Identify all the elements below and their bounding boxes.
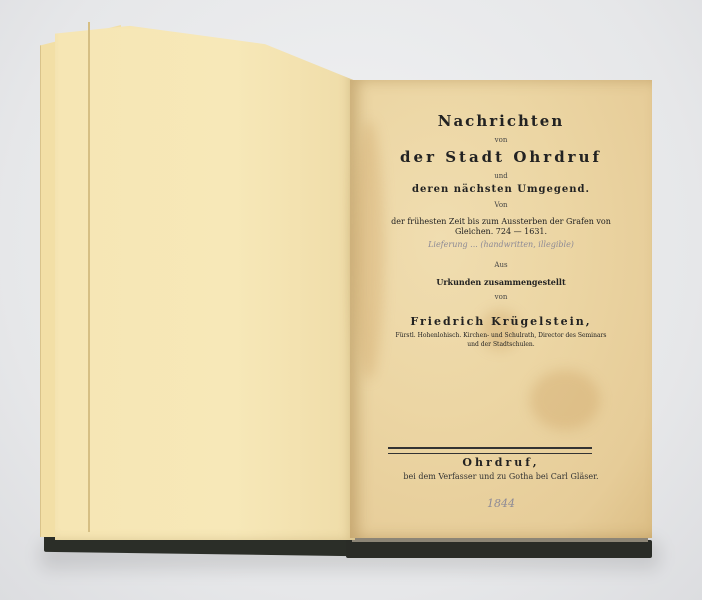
endpaper-fold <box>88 22 90 532</box>
handwritten-note: Lieferung ... (handwritten, illegible) <box>350 240 652 249</box>
book-title: Nachrichten <box>350 112 652 130</box>
author-description-2: und der Stadtschulen. <box>350 340 652 349</box>
author-name: Friedrich Krügelstein, <box>350 315 652 328</box>
publication-place: Ohrdruf, <box>350 456 652 469</box>
und-label: und <box>350 172 652 180</box>
handwritten-year: 1844 <box>350 497 652 510</box>
publisher-line: bei dem Verfasser und zu Gotha bei Carl … <box>350 472 652 481</box>
double-rule-divider <box>388 447 592 454</box>
book-subject: der Stadt Ohrdruf <box>350 148 652 166</box>
von-label-3: von <box>350 293 652 301</box>
author-description-1: Fürstl. Hohenlohisch. Kirchen- und Schul… <box>350 331 652 340</box>
period-line-2: Gleichen. 724 — 1631. <box>350 227 652 236</box>
aus-label: Aus <box>350 261 652 269</box>
von-label-2: Von <box>350 201 652 209</box>
book-cover-right <box>346 540 652 558</box>
blank-left-page <box>55 18 355 540</box>
foxing-stain <box>530 370 600 430</box>
von-label: von <box>350 136 652 144</box>
book-subtitle: deren nächsten Umgegend. <box>350 184 652 195</box>
source-line: Urkunden zusammengestellt <box>350 277 652 287</box>
title-page-text: Nachrichten von der Stadt Ohrdruf und de… <box>350 80 652 349</box>
period-line-1: der frühesten Zeit bis zum Aussterben de… <box>350 217 652 226</box>
